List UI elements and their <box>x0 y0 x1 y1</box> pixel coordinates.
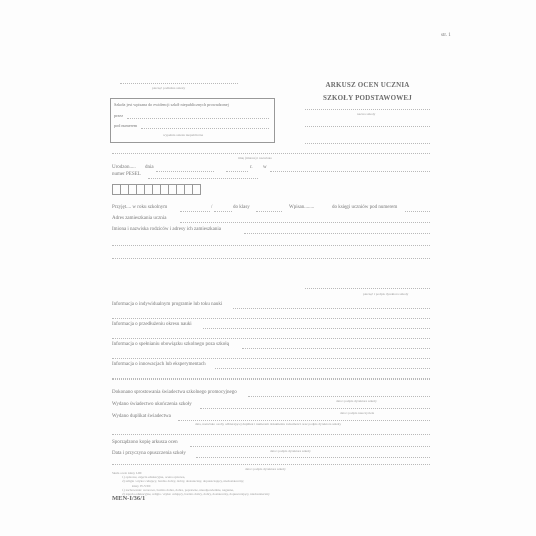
register-number-field[interactable] <box>141 128 269 129</box>
register-book-label: do księgi uczniów pod numerem <box>332 205 397 211</box>
info-section-field[interactable] <box>215 368 430 369</box>
school-name-field[interactable] <box>305 109 430 110</box>
duplicate-field-2[interactable] <box>112 434 430 435</box>
school-name-caption: nazwa szkoły <box>357 112 375 116</box>
info-extra-line[interactable] <box>112 379 430 380</box>
correction-field[interactable] <box>248 396 430 397</box>
entered-label: Wpisan........ <box>289 205 314 211</box>
slash: / <box>211 205 212 211</box>
info-section-field[interactable] <box>203 328 430 329</box>
address-field[interactable] <box>180 222 430 223</box>
pesel-digit-box[interactable] <box>184 184 192 195</box>
day-label: dnia <box>145 165 154 171</box>
correction-label: Dokonano sprostowania świadectwa szkolne… <box>112 390 237 396</box>
info-section-label: Informacja o spełnianiu obowiązku szkoln… <box>112 342 229 348</box>
register-by-label: przez <box>114 113 123 119</box>
parents-field-3[interactable] <box>112 258 430 259</box>
certificate-field[interactable] <box>200 408 430 409</box>
pesel-digit-box[interactable] <box>112 184 120 195</box>
pesel-digit-box[interactable] <box>160 184 168 195</box>
register-by-field[interactable] <box>127 118 269 119</box>
register-number-label: pod numerem <box>114 123 137 129</box>
certificate-label: Wydano świadectwo ukończenia szkoły <box>112 402 192 408</box>
copy-caption: data i podpis dyrektora szkoły <box>270 449 311 453</box>
info-section-label: Informacja o innowacjach lub eksperyment… <box>112 362 206 368</box>
register-caption: wypełnia szkoła niepubliczna <box>163 133 203 137</box>
class-label: do klasy <box>233 205 250 211</box>
admitted-label: Przyjęt.... w roku szkolnym <box>112 205 167 211</box>
info-section-label: Informacja o indywidualnym programie lub… <box>112 302 222 308</box>
info-section-field-2[interactable] <box>112 358 430 359</box>
stamp-line <box>120 83 238 84</box>
principal-signature-field[interactable] <box>305 288 430 289</box>
page-number: str. 1 <box>441 33 451 39</box>
pesel-line <box>148 178 258 179</box>
leaving-label: Data i przyczyna opuszczenia szkoły <box>112 451 186 457</box>
born-label: Urodzon..... <box>112 165 136 171</box>
duplicate-label: Wydano duplikat świadectwa <box>112 414 171 420</box>
leaving-caption: data i podpis dyrektora szkoły <box>245 467 286 471</box>
leaving-field-2[interactable] <box>112 464 430 465</box>
pesel-digit-box[interactable] <box>120 184 128 195</box>
parents-field[interactable] <box>244 233 430 234</box>
info-section-field-2[interactable] <box>112 338 430 339</box>
stamp-caption: pieczęć podłużna szkoły <box>152 86 185 90</box>
school-year-end-field[interactable] <box>214 211 232 212</box>
form-code: MEN-I/36/1 <box>112 495 145 502</box>
birth-year-field[interactable] <box>226 171 248 172</box>
duplicate-field[interactable] <box>178 420 430 421</box>
address-label: Adres zamieszkania ucznia <box>112 216 166 222</box>
leaving-field[interactable] <box>196 457 430 458</box>
principal-caption: pieczęć i podpis dyrektora szkoły <box>363 292 408 296</box>
parents-field-2[interactable] <box>112 245 430 246</box>
info-section-label: Informacja o przedłużeniu okresu nauki <box>112 322 192 328</box>
copy-field[interactable] <box>190 446 430 447</box>
pesel-digit-box[interactable] <box>192 184 201 195</box>
pesel-digit-box[interactable] <box>144 184 152 195</box>
pesel-digit-box[interactable] <box>168 184 176 195</box>
document-page: str. 1 pieczęć podłużna szkoły Szkoła je… <box>0 0 536 536</box>
form-title-line2: SZKOŁY PODSTAWOWEJ <box>300 94 435 102</box>
correction-caption: data i podpis dyrektora szkoły <box>336 399 377 403</box>
pesel-boxes[interactable] <box>112 184 201 195</box>
student-name-field[interactable] <box>112 153 430 154</box>
pesel-digit-box[interactable] <box>152 184 160 195</box>
parents-label: Imiona i nazwiska rodziców i adresy ich … <box>112 227 221 233</box>
copy-label: Sporządzono kopię arkusza ocen <box>112 440 178 446</box>
school-name-field-3[interactable] <box>305 143 430 144</box>
info-section-field-2[interactable] <box>112 378 430 379</box>
info-section-field-2[interactable] <box>112 318 430 319</box>
place-label: w <box>263 165 267 171</box>
register-box: Szkoła jest wpisana do ewidencji szkół n… <box>110 98 275 143</box>
year-suffix: r. <box>250 165 253 171</box>
pesel-digit-box[interactable] <box>128 184 136 195</box>
school-year-start-field[interactable] <box>180 211 210 212</box>
info-section-field[interactable] <box>233 308 430 309</box>
pesel-label: numer PESEL <box>112 172 141 178</box>
info-section-field[interactable] <box>242 348 430 349</box>
form-title-line1: ARKUSZ OCEN UCZNIA <box>300 81 435 89</box>
certificate-caption: data i podpis nauczyciela <box>340 411 374 415</box>
student-name-caption: imię (imiona) i nazwisko <box>238 156 272 160</box>
school-name-field-2[interactable] <box>305 126 430 127</box>
pesel-digit-box[interactable] <box>176 184 184 195</box>
birth-day-field[interactable] <box>156 171 214 172</box>
register-book-number-field[interactable] <box>405 211 430 212</box>
birth-place-field[interactable] <box>270 171 430 172</box>
footnote-list: 1) opisowe, zajęcia edukacyjne, ocena op… <box>122 475 270 496</box>
pesel-digit-box[interactable] <box>136 184 144 195</box>
class-field[interactable] <box>256 211 282 212</box>
duplicate-caption: data, nazwisko osoby odbierającej duplik… <box>195 422 341 426</box>
register-text: Szkoła jest wpisana do ewidencji szkół n… <box>114 102 229 108</box>
